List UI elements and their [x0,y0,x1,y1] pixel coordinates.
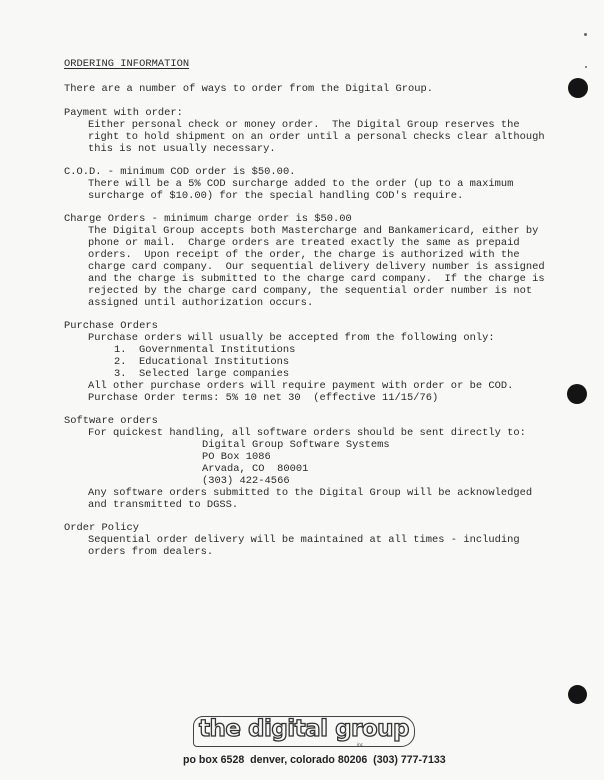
charge-line: orders. Upon receipt of the order, the c… [88,249,520,261]
charge-line: rejected by the charge card company, the… [88,285,532,297]
charge-line: The Digital Group accepts both Mastercha… [88,225,538,237]
punch-hole [568,78,588,98]
payment-line: right to hold shipment on an order until… [88,131,545,143]
cod-heading: C.O.D. - minimum COD order is $50.00. [64,166,295,178]
punch-hole [567,384,587,404]
purchase-intro: Purchase orders will usually be accepted… [88,332,495,344]
purchase-line: All other purchase orders will require p… [88,380,513,392]
purchase-list-item: 2. Educational Institutions [114,356,289,368]
policy-line: Sequential order delivery will be mainta… [88,534,520,546]
charge-heading: Charge Orders - minimum charge order is … [64,213,352,225]
policy-line: orders from dealers. [88,546,213,558]
software-address-line: Arvada, CO 80001 [202,463,308,475]
policy-heading: Order Policy [64,522,139,534]
punch-hole [568,685,587,704]
charge-line: phone or mail. Charge orders are treated… [88,237,520,249]
purchase-list-item: 3. Selected large companies [114,368,289,380]
payment-heading: Payment with order: [64,107,183,119]
company-logo: the digital group [199,716,409,742]
speck [585,66,587,68]
purchase-heading: Purchase Orders [64,320,158,332]
purchase-line: Purchase Order terms: 5% 10 net 30 (effe… [88,392,438,404]
speck [584,33,587,36]
cod-line: There will be a 5% COD surcharge added t… [88,178,513,190]
purchase-list-item: 1. Governmental Institutions [114,344,295,356]
logo-suffix: inc [357,742,363,747]
intro-text: There are a number of ways to order from… [64,83,433,95]
document-page: ORDERING INFORMATION There are a number … [0,0,604,780]
payment-line: Either personal check or money order. Th… [88,119,520,131]
software-line: and transmitted to DGSS. [88,499,238,511]
charge-line: charge card company. Our sequential deli… [88,261,545,273]
software-address-line: (303) 422-4566 [202,475,290,487]
software-address-line: Digital Group Software Systems [202,439,390,451]
charge-line: assigned until authorization occurs. [88,297,313,309]
payment-line: this is not usually necessary. [88,143,276,155]
software-heading: Software orders [64,415,158,427]
charge-line: and the charge is submitted to the charg… [88,273,545,285]
software-intro: For quickest handling, all software orde… [88,427,526,439]
cod-line: surcharge of $10.00) for the special han… [88,190,463,202]
software-address-line: PO Box 1086 [202,451,271,463]
software-line: Any software orders submitted to the Dig… [88,487,532,499]
page-title: ORDERING INFORMATION [64,58,189,70]
company-address: po box 6528 denver, colorado 80206 (303)… [183,754,446,766]
